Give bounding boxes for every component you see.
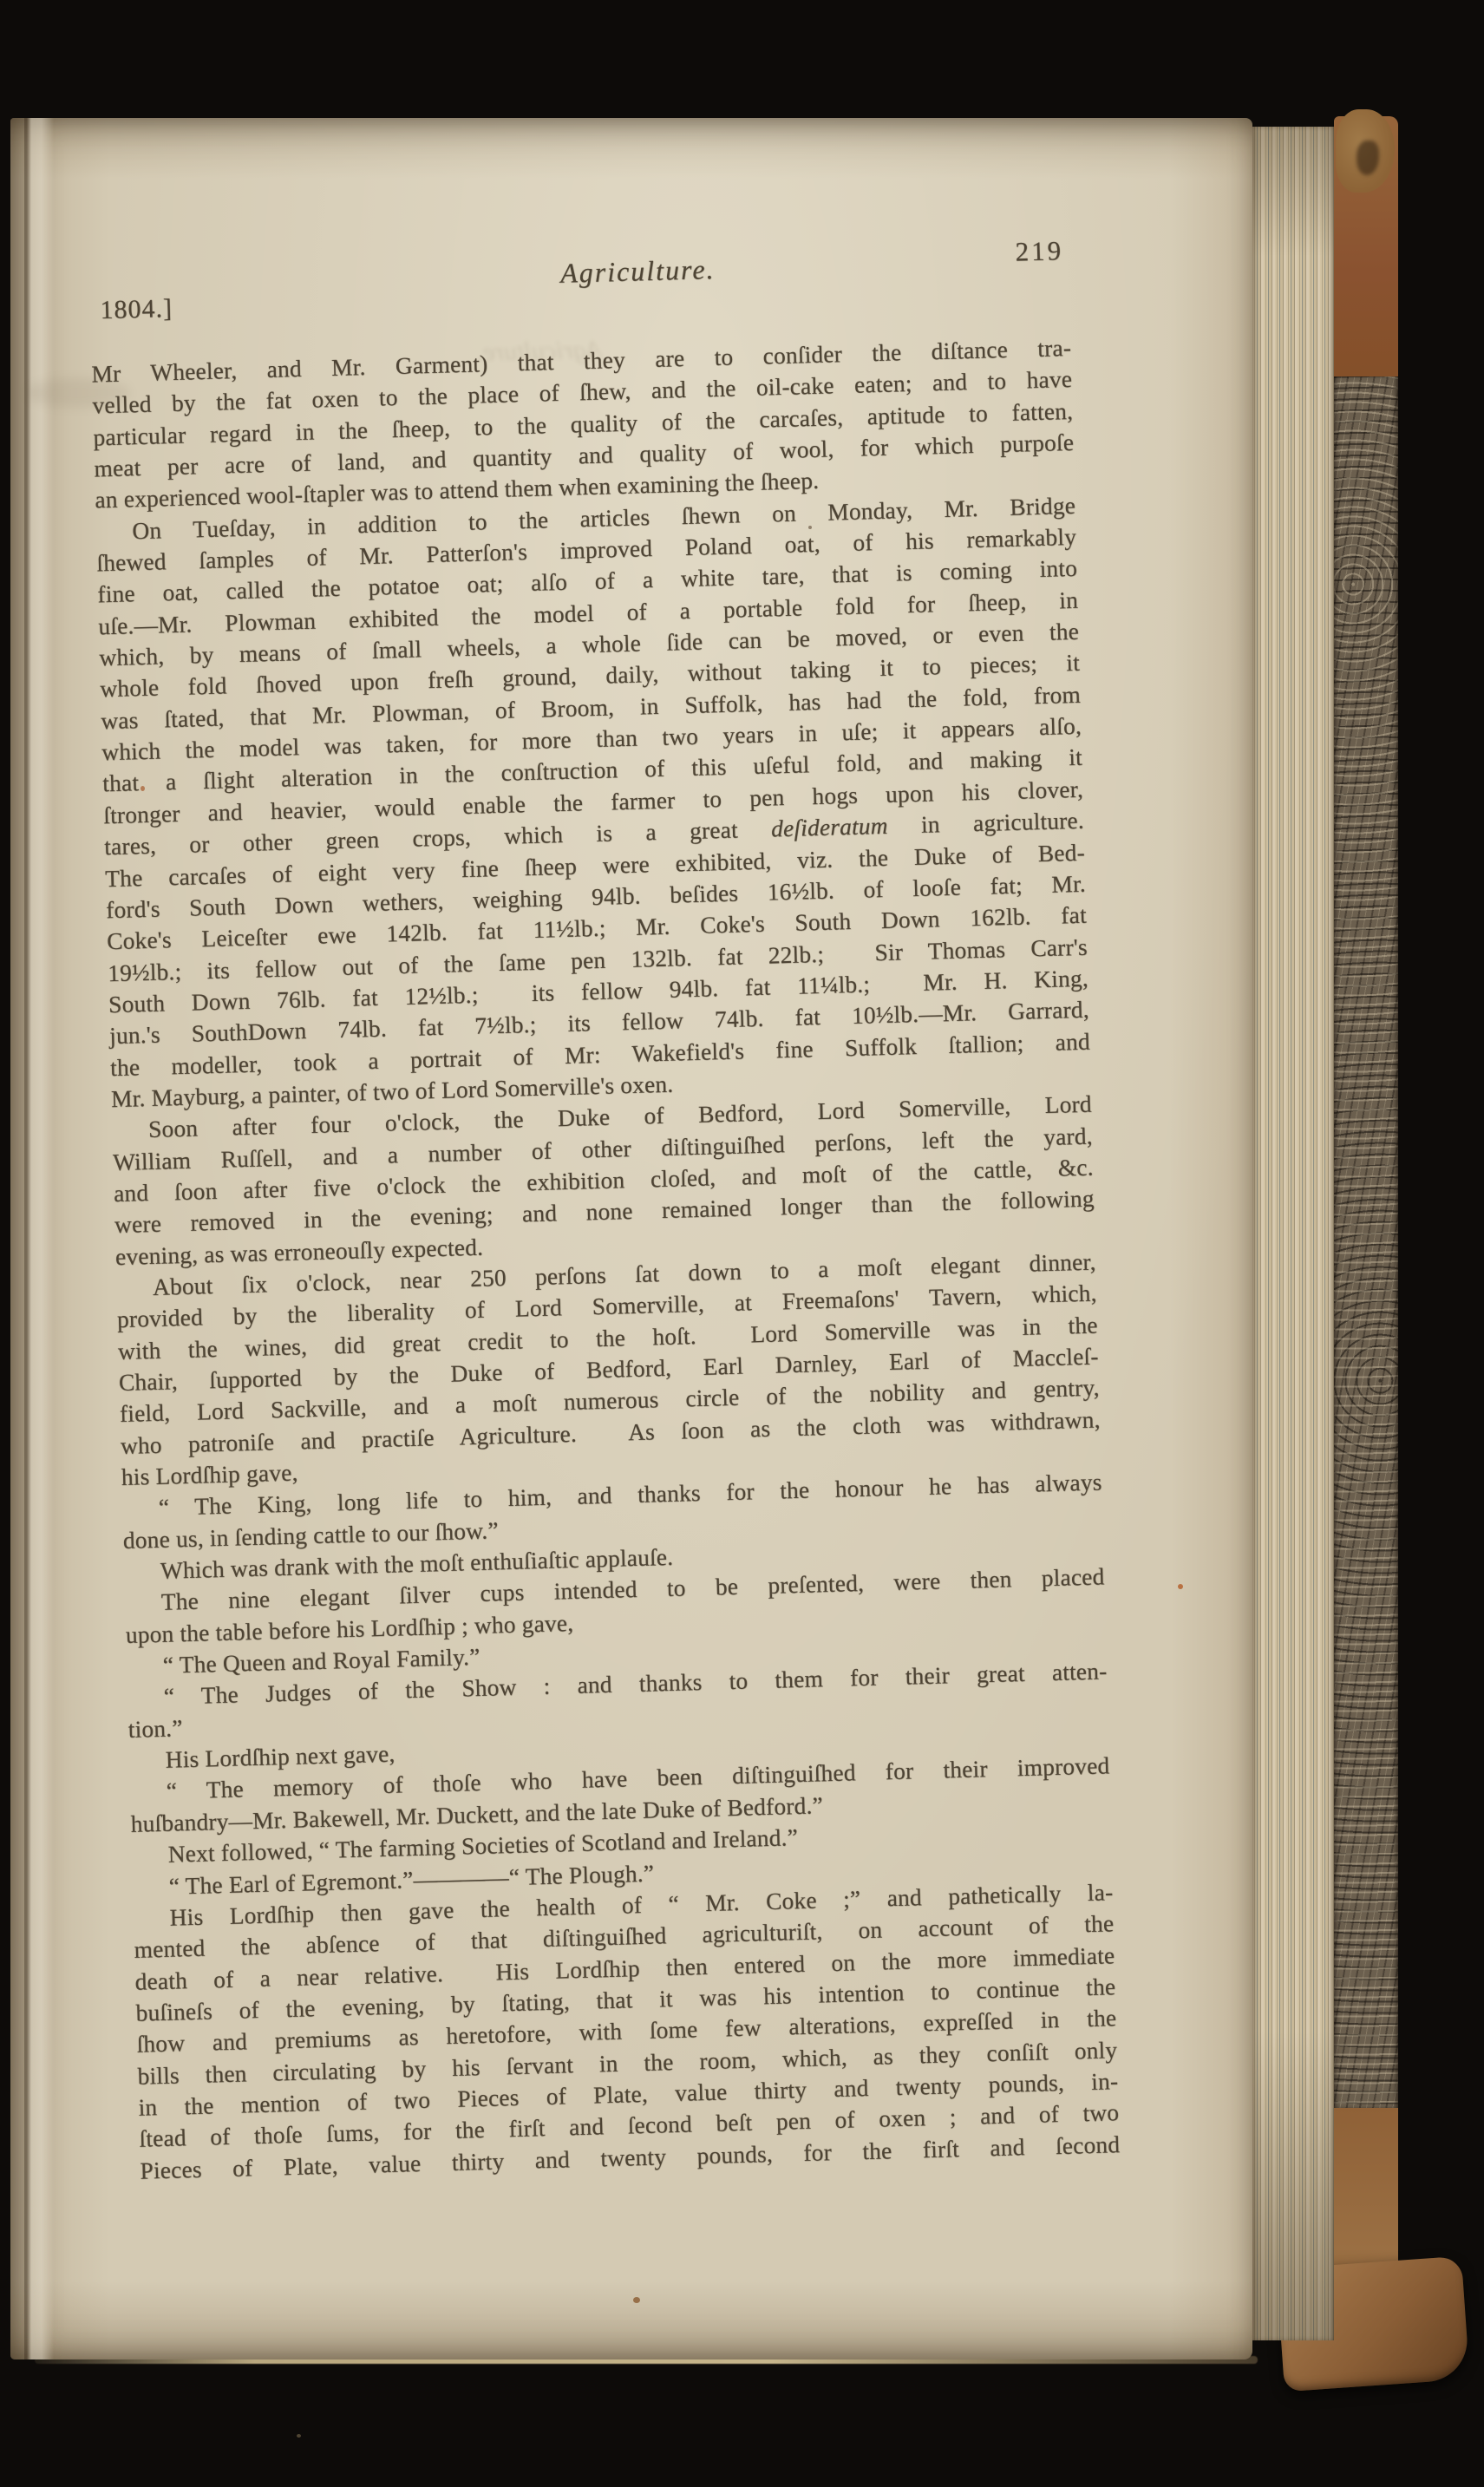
paragraph: On Tueſday, in addition to the articles …	[95, 490, 1091, 1116]
paragraph: Mr Wheeler, and Mr. Garment) that they a…	[91, 332, 1075, 516]
cover-leather-top	[1334, 116, 1398, 376]
page-number: 219	[1015, 235, 1063, 267]
running-head: 1804.] Agriculture. 219	[88, 244, 1069, 326]
page-fore-edge-stack	[1252, 127, 1334, 2340]
running-title: Agriculture.	[560, 253, 716, 290]
book-page: Agriculture. 1804.] Agriculture. 219 Mr …	[10, 118, 1252, 2359]
printed-text-block: 1804.] Agriculture. 219 Mr Wheeler, and …	[88, 244, 1120, 2187]
page-gutter-crease	[24, 118, 54, 2359]
paragraph: His Lordſhip then gave the health of “ M…	[133, 1876, 1120, 2187]
header-year: 1804.]	[100, 294, 173, 325]
text-block-body: Mr Wheeler, and Mr. Garment) that they a…	[91, 332, 1121, 2187]
paragraph: About ſix o'clock, near 250 perſons ſat …	[116, 1247, 1102, 1494]
book-photograph: Agriculture. 1804.] Agriculture. 219 Mr …	[0, 0, 1484, 2487]
ink-speck	[297, 2434, 301, 2438]
book-cover-edge	[1334, 116, 1398, 2365]
cover-marbled-board	[1334, 376, 1398, 2108]
ink-speck	[633, 2297, 640, 2303]
ink-speck	[1178, 1584, 1183, 1589]
paragraph: Soon after four o'clock, the Duke of Bed…	[112, 1089, 1096, 1273]
